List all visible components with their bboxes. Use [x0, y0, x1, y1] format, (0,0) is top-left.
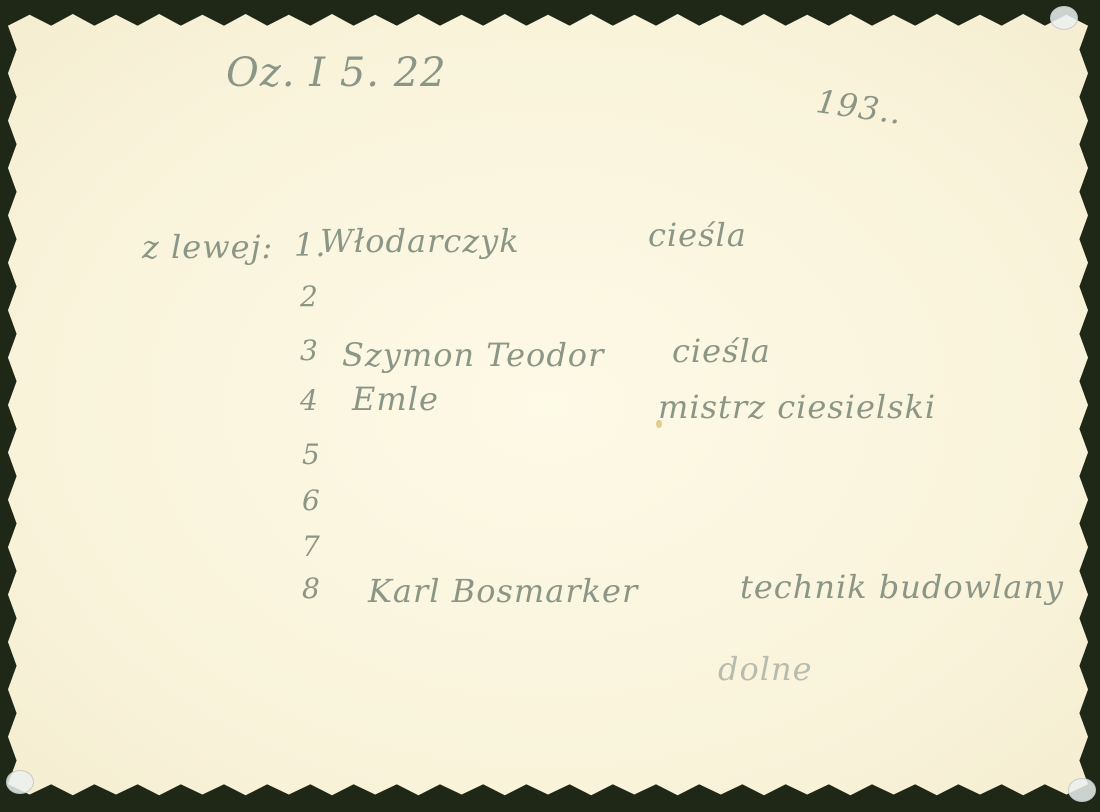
entry-occupation: cieśla [648, 216, 747, 254]
entry-occupation: mistrz ciesielski [658, 388, 936, 426]
paper-stain [656, 420, 662, 428]
photo-back-card: Oz. I 5. 22 193.. z lewej: 1. Włodarczyk… [8, 10, 1088, 800]
reference-number: Oz. I 5. 22 [226, 50, 447, 96]
paper-stain [1084, 750, 1090, 758]
entry-name: Szymon Teodor [342, 336, 604, 374]
entry-occupation: technik budowlany [740, 568, 1064, 606]
entry-number: 6 [302, 484, 321, 517]
entry-number: 2 [300, 280, 319, 313]
entry-number: 7 [302, 530, 321, 563]
corner-glue-mark [1050, 6, 1078, 30]
entry-number: 4 [300, 384, 319, 417]
entry-number: 3 [300, 334, 319, 367]
entry-name: Emle [352, 380, 439, 418]
scan-background: Oz. I 5. 22 193.. z lewej: 1. Włodarczyk… [0, 0, 1100, 812]
entry-name: Włodarczyk [320, 222, 520, 260]
year-note: 193.. [814, 82, 905, 132]
entry-number: 5 [302, 438, 321, 471]
entry-occupation: cieśla [672, 332, 771, 370]
entry-name: Karl Bosmarker [368, 572, 638, 610]
footer-note: dolne [718, 650, 813, 688]
corner-glue-mark [1068, 778, 1096, 802]
entry-number: 8 [302, 572, 321, 605]
list-prefix: z lewej: [142, 228, 273, 266]
corner-glue-mark [6, 770, 34, 794]
